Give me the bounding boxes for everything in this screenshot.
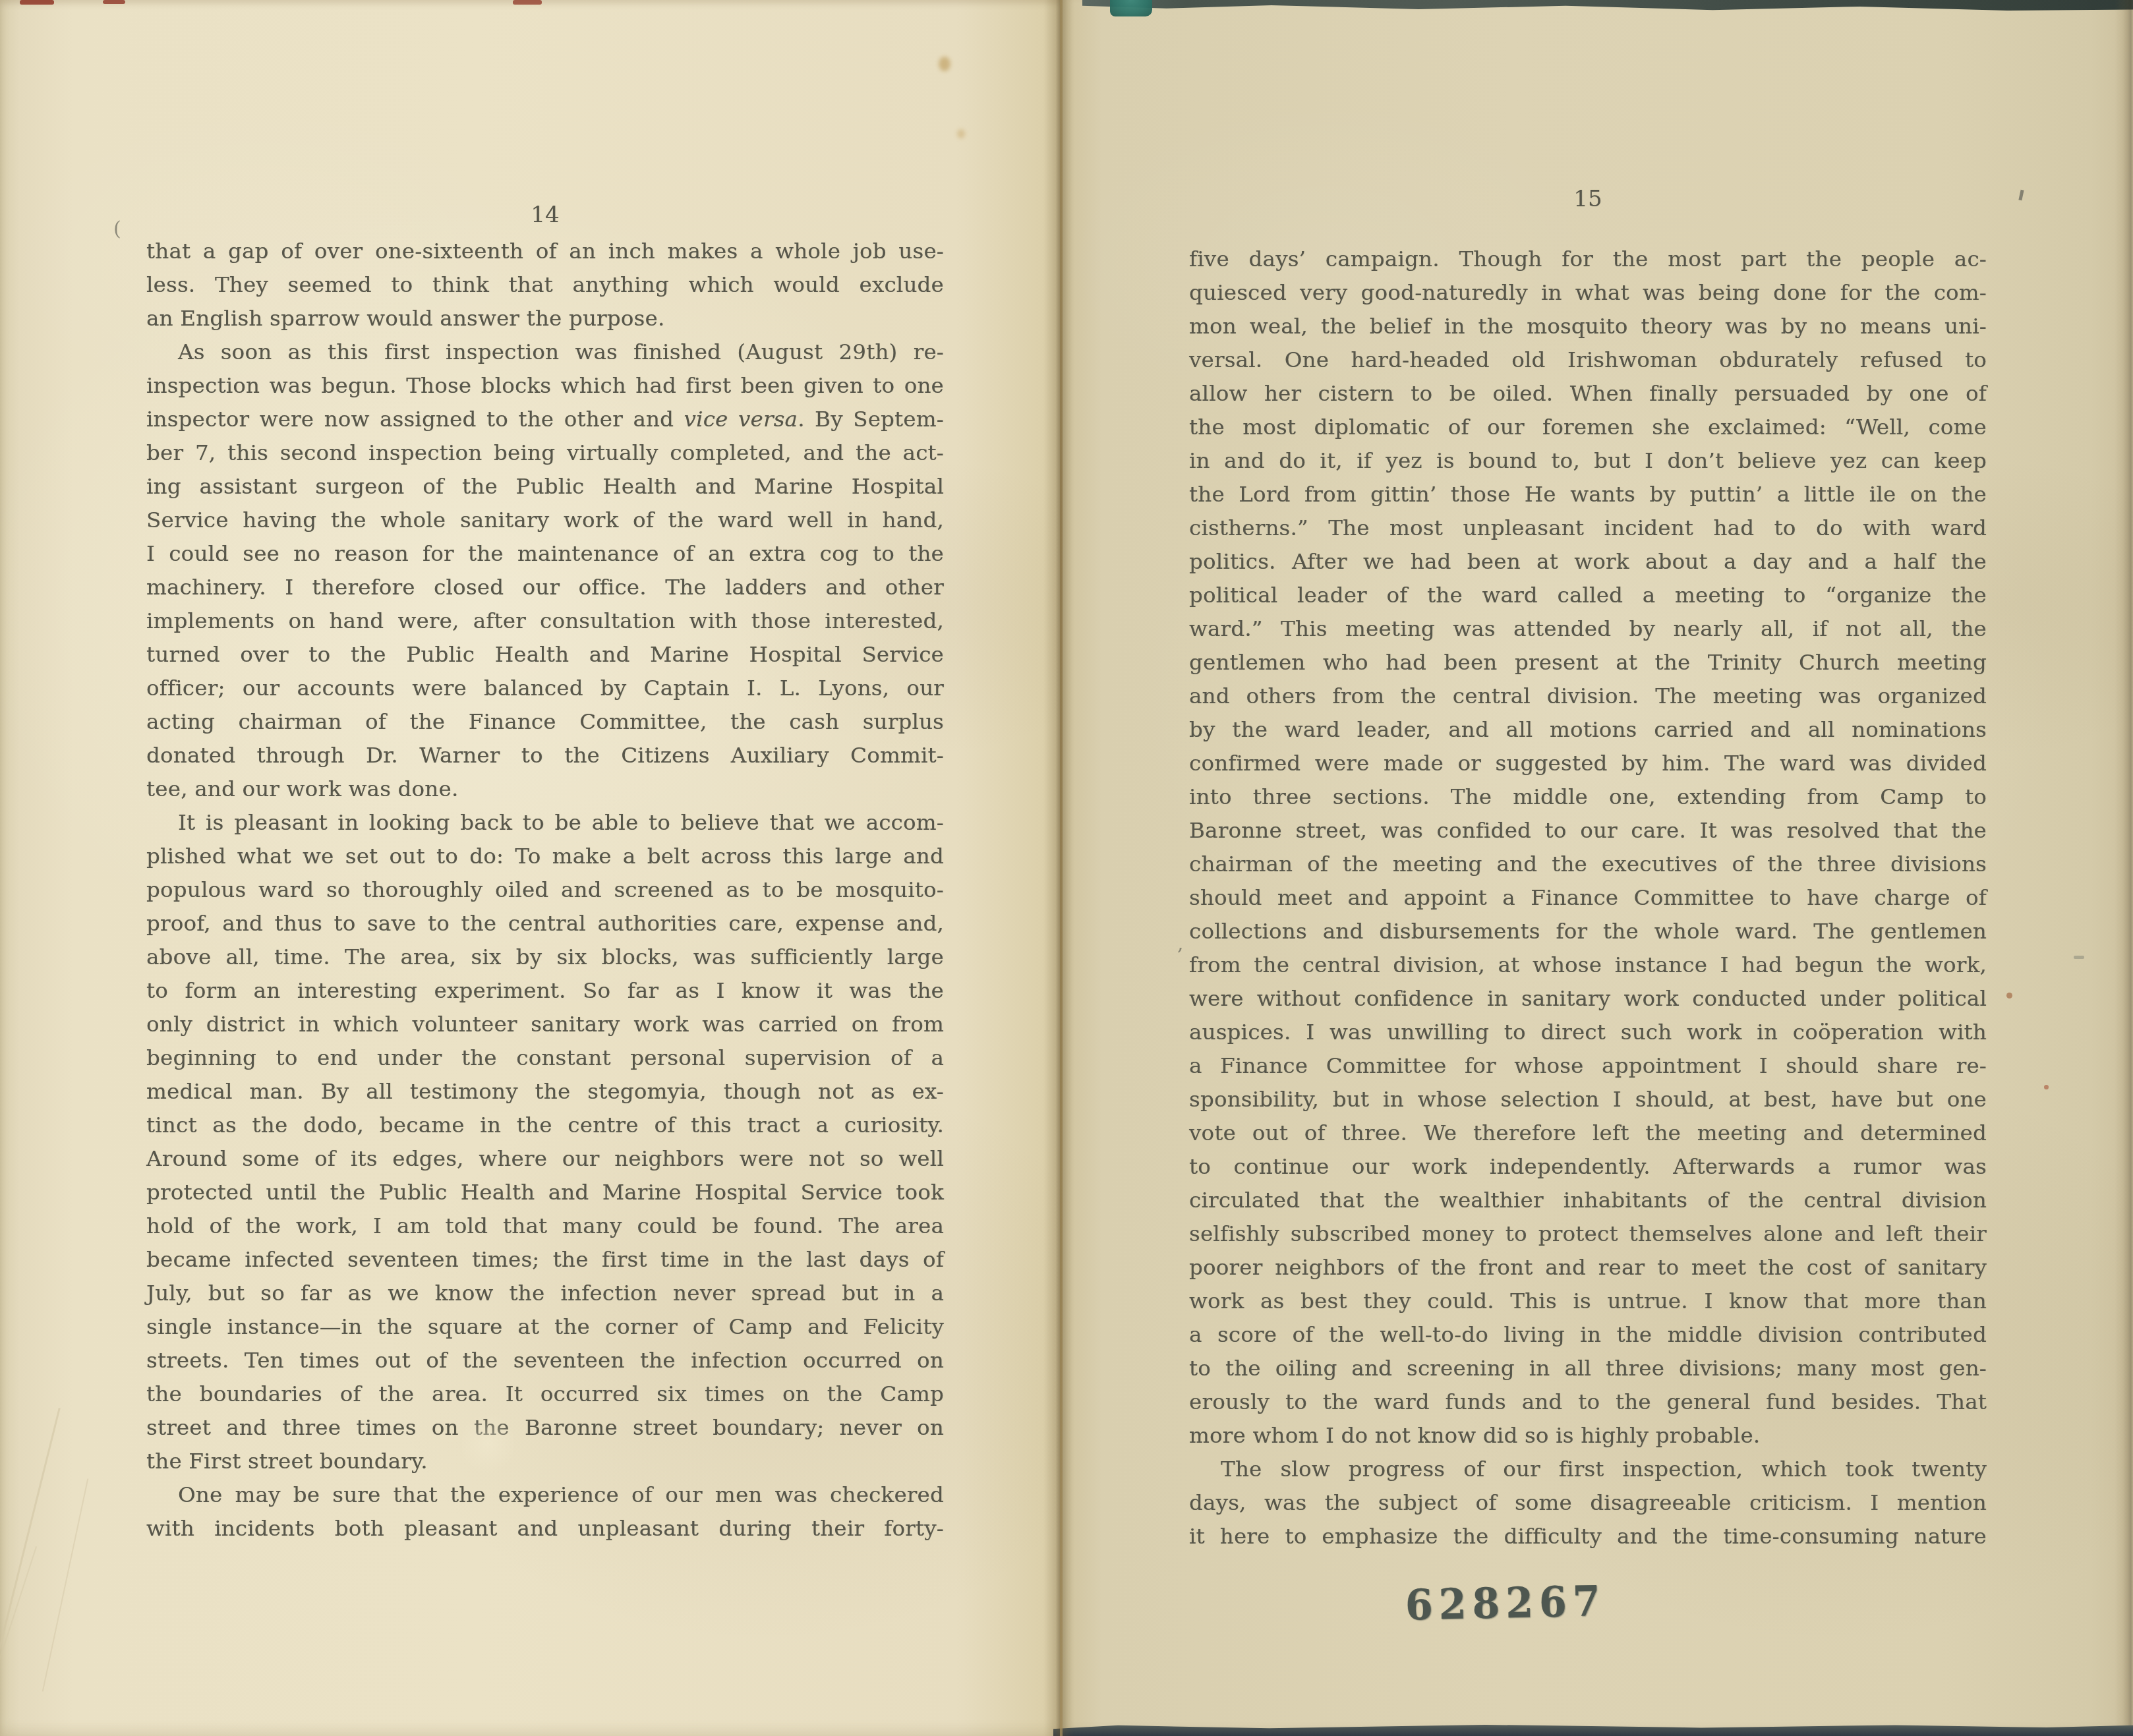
- text-line: ber 7, this second inspection being virt…: [146, 436, 944, 470]
- text-line: the boundaries of the area. It occurred …: [146, 1377, 944, 1411]
- text-line: less. They seemed to think that anything…: [146, 268, 944, 302]
- text-segment: inspector were now assigned to the other…: [146, 407, 684, 432]
- text-line: to the oiling and screening in all three…: [1189, 1352, 1987, 1385]
- book-spread: 14 that a gap of over one-sixteenth of a…: [0, 0, 2133, 1736]
- scan-edge-top-strip: [1082, 0, 2133, 11]
- text-line: days, was the subject of some disagreeab…: [1189, 1486, 1987, 1520]
- text-line: inspection was begun. Those blocks which…: [146, 369, 944, 403]
- text-line: plished what we set out to do: To make a…: [146, 840, 944, 873]
- text-line: politics. After we had been at work abou…: [1189, 545, 1987, 579]
- text-line: into three sections. The middle one, ext…: [1189, 780, 1987, 814]
- text-line: became infected seventeen times; the fir…: [146, 1243, 944, 1277]
- text-line: to continue our work independently. Afte…: [1189, 1150, 1987, 1184]
- accession-number-stamp: 628267: [1405, 1577, 1606, 1631]
- text-line: cistherns.” The most unpleasant incident…: [1189, 511, 1987, 545]
- text-line: populous ward so thoroughly oiled and sc…: [146, 873, 944, 907]
- text-line: July, but so far as we know the infectio…: [146, 1277, 944, 1310]
- text-line: mon weal, the belief in the mosquito the…: [1189, 310, 1987, 343]
- text-line: poorer neighbors of the front and rear t…: [1189, 1251, 1987, 1285]
- text-line: single instance—in the square at the cor…: [146, 1310, 944, 1344]
- text-line: circulated that the wealthier inhabitant…: [1189, 1184, 1987, 1217]
- text-line: ward.” This meeting was attended by near…: [1189, 612, 1987, 646]
- text-line: a score of the well-to-do living in the …: [1189, 1318, 1987, 1352]
- text-line: from the central division, at whose inst…: [1189, 948, 1987, 982]
- text-line: proof, and thus to save to the central a…: [146, 907, 944, 940]
- text-line: officer; our accounts were balanced by C…: [146, 672, 944, 705]
- text-line: turned over to the Public Health and Mar…: [146, 638, 944, 672]
- text-line: an English sparrow would answer the purp…: [146, 302, 944, 335]
- text-line: in and do it, if yez is bound to, but I …: [1189, 444, 1987, 478]
- text-line: As soon as this first inspection was fin…: [146, 335, 944, 369]
- text-line: quiesced very good-naturedly in what was…: [1189, 276, 1987, 310]
- text-line: selfishly subscribed money to protect th…: [1189, 1217, 1987, 1251]
- text-line: donated through Dr. Warner to the Citize…: [146, 739, 944, 772]
- text-line: vote out of three. We therefore left the…: [1189, 1116, 1987, 1150]
- text-line: the most diplomatic of our foremen she e…: [1189, 411, 1987, 444]
- text-line: five days’ campaign. Though for the most…: [1189, 243, 1987, 276]
- text-line: the First street boundary.: [146, 1445, 944, 1478]
- page-left: 14 that a gap of over one-sixteenth of a…: [0, 0, 1063, 1736]
- text-line: political leader of the ward called a me…: [1189, 579, 1987, 612]
- text-line: more whom I do not know did so is highly…: [1189, 1419, 1987, 1453]
- text-line: One may be sure that the experience of o…: [146, 1478, 944, 1512]
- page-number-right: 15: [1189, 186, 1987, 212]
- page-stack-edge: [2115, 0, 2133, 1736]
- page-left-text-column: that a gap of over one-sixteenth of an i…: [146, 235, 944, 1546]
- scratch-mark: [0, 1408, 61, 1677]
- scratch-mark: [42, 1478, 89, 1691]
- text-line: by the ward leader, and all motions carr…: [1189, 713, 1987, 747]
- text-line: confirmed were made or suggested by him.…: [1189, 747, 1987, 780]
- text-line: Around some of its edges, where our neig…: [146, 1142, 944, 1176]
- text-line: erously to the ward funds and to the gen…: [1189, 1385, 1987, 1419]
- text-line: sponsibility, but in whose selection I s…: [1189, 1083, 1987, 1116]
- text-line: auspices. I was unwilling to direct such…: [1189, 1016, 1987, 1049]
- text-line: collections and disbursements for the wh…: [1189, 915, 1987, 948]
- text-line: only district in which volunteer sanitar…: [146, 1008, 944, 1041]
- page-right: 15 five days’ campaign. Though for the m…: [1063, 0, 2133, 1736]
- text-line: hold of the work, I am told that many co…: [146, 1209, 944, 1243]
- text-line: to form an interesting experiment. So fa…: [146, 974, 944, 1008]
- text-line: the Lord from gittin’ those He wants by …: [1189, 478, 1987, 511]
- text-line: beginning to end under the constant pers…: [146, 1041, 944, 1075]
- text-line: versal. One hard-headed old Irishwoman o…: [1189, 343, 1987, 377]
- text-line: street and three times on the Baronne st…: [146, 1411, 944, 1445]
- scratch-mark: [0, 1546, 37, 1710]
- text-line: inspector were now assigned to the other…: [146, 403, 944, 436]
- page-right-text-column: five days’ campaign. Though for the most…: [1189, 243, 1987, 1553]
- text-line: it here to emphasize the difficulty and …: [1189, 1520, 1987, 1553]
- text-line: tinct as the dodo, became in the centre …: [146, 1109, 944, 1142]
- text-line: gentlemen who had been present at the Tr…: [1189, 646, 1987, 680]
- text-line: that a gap of over one-sixteenth of an i…: [146, 235, 944, 268]
- text-line: and others from the central division. Th…: [1189, 680, 1987, 713]
- text-line: with incidents both pleasant and unpleas…: [146, 1512, 944, 1546]
- scan-edge-bottom-strip: [1053, 1724, 2133, 1736]
- text-line: implements on hand were, after consultat…: [146, 604, 944, 638]
- text-line: The slow progress of our first inspectio…: [1189, 1453, 1987, 1486]
- text-line: above all, time. The area, six by six bl…: [146, 940, 944, 974]
- text-line: acting chairman of the Finance Committee…: [146, 705, 944, 739]
- text-line: Service having the whole sanitary work o…: [146, 504, 944, 537]
- text-line: ing assistant surgeon of the Public Heal…: [146, 470, 944, 504]
- text-segment: . By Septem-: [798, 407, 944, 432]
- text-line: machinery. I therefore closed our office…: [146, 571, 944, 604]
- text-line: work as best they could. This is untrue.…: [1189, 1285, 1987, 1318]
- text-line: allow her cistern to be oiled. When fina…: [1189, 377, 1987, 411]
- page-number-left: 14: [146, 202, 944, 228]
- text-line: streets. Ten times out of the seventeen …: [146, 1344, 944, 1377]
- text-line: chairman of the meeting and the executiv…: [1189, 848, 1987, 881]
- italic-text: vice versa: [684, 407, 798, 432]
- paper-flaw: [461, 1410, 514, 1476]
- text-line: a Finance Committee for whose appointmen…: [1189, 1049, 1987, 1083]
- text-line: It is pleasant in looking back to be abl…: [146, 806, 944, 840]
- binding-cloth-patch: [1110, 0, 1152, 16]
- text-line: should meet and appoint a Finance Commit…: [1189, 881, 1987, 915]
- text-line: medical man. By all testimony the stegom…: [146, 1075, 944, 1109]
- text-line: Baronne street, was confided to our care…: [1189, 814, 1987, 848]
- text-line: tee, and our work was done.: [146, 772, 944, 806]
- text-line: I could see no reason for the maintenanc…: [146, 537, 944, 571]
- text-line: protected until the Public Health and Ma…: [146, 1176, 944, 1209]
- text-line: were without confidence in sanitary work…: [1189, 982, 1987, 1016]
